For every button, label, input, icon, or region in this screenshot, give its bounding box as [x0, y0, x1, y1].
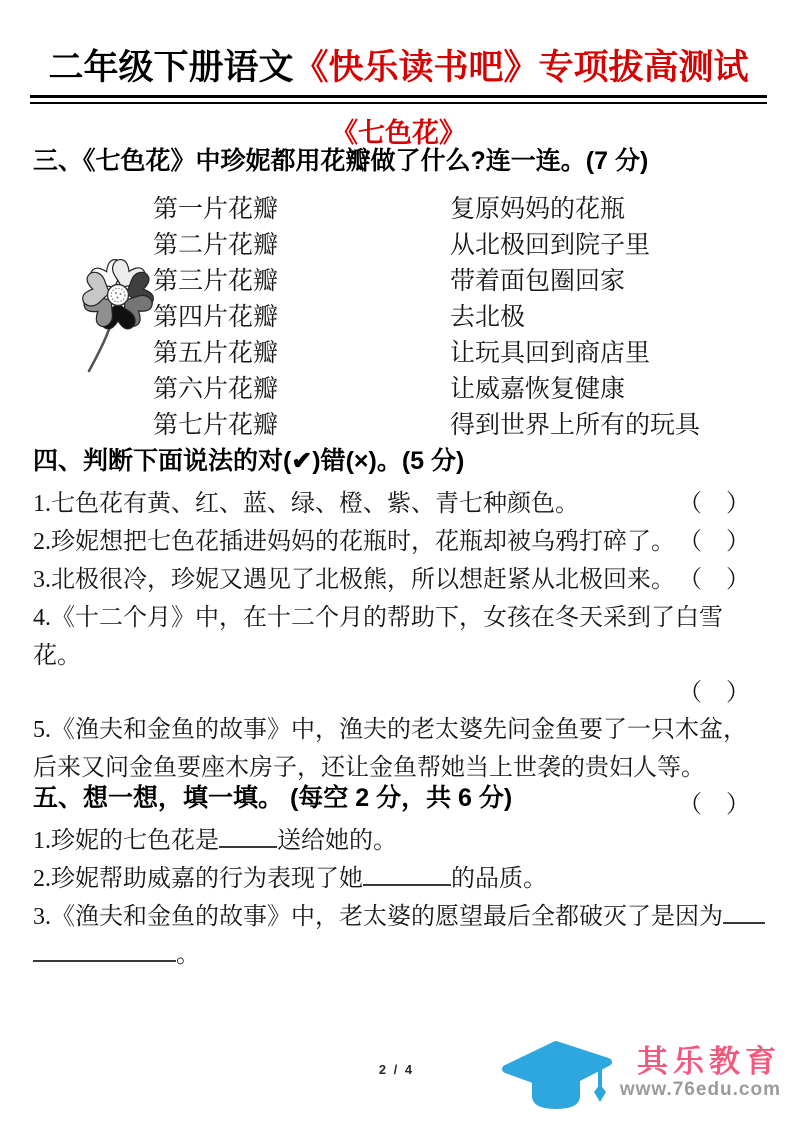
fill-text-pre: 3.《渔夫和金鱼的故事》中，老太婆的愿望最后全都破灭了是因为 — [33, 904, 723, 930]
page-header: 二年级下册语文《快乐读书吧》专项拔高测试 《七色花》 — [30, 40, 767, 150]
fill-text-post: 。 — [176, 942, 200, 968]
action-label: 让玩具回到商店里 — [450, 333, 650, 369]
blank-line — [723, 899, 765, 924]
petal-label: 第一片花瓣 — [153, 189, 450, 225]
section-three-heading: 三、《七色花》中珍妮都用花瓣做了什么?连一连。(7 分) — [33, 143, 765, 179]
brand-logo: 其乐教育 www.76edu.com — [496, 1032, 785, 1114]
petal-label: 第七片花瓣 — [153, 405, 450, 441]
answer-parentheses: （ ） — [678, 561, 750, 599]
fill-text-pre: 2.珍妮帮助威嘉的行为表现了她 — [33, 866, 363, 892]
judge-text: 1.七色花有黄、红、蓝、绿、橙、紫、青七种颜色。 — [33, 485, 579, 523]
judge-item-2: 2.珍妮想把七色花插进妈妈的花瓶时，花瓶却被乌鸦打碎了。 （ ） — [33, 523, 765, 561]
action-label: 得到世界上所有的玩具 — [450, 405, 700, 441]
section-four-judge: 四、判断下面说法的对(✔)错(×)。(5 分) 1.七色花有黄、红、蓝、绿、橙、… — [33, 443, 765, 823]
matching-area: 第一片花瓣 复原妈妈的花瓶 第二片花瓣 从北极回到院子里 第三片花瓣 带着面包圈… — [33, 189, 765, 441]
answer-parentheses: （ ） — [678, 523, 750, 561]
graduation-cap-icon — [496, 1032, 618, 1114]
title-red-part: 《快乐读书吧》专项拔高测试 — [294, 48, 749, 87]
answer-parentheses: （ ） — [678, 680, 750, 706]
fill-items: 1.珍妮的七色花是送给她的。 2.珍妮帮助威嘉的行为表现了她的品质。 3.《渔夫… — [33, 822, 765, 974]
action-label: 去北极 — [450, 297, 525, 333]
section-five-heading: 五、想一想，填一填。 (每空 2 分，共 6 分) — [33, 780, 765, 816]
brand-url: www.76edu.com — [620, 1079, 781, 1101]
fill-item-1: 1.珍妮的七色花是送给她的。 — [33, 822, 765, 860]
brand-text-block: 其乐教育 www.76edu.com — [620, 1045, 785, 1101]
blank-line — [219, 823, 277, 848]
page-title: 二年级下册语文《快乐读书吧》专项拔高测试 — [30, 40, 767, 90]
blank-line — [363, 861, 451, 886]
brand-name: 其乐教育 — [620, 1045, 781, 1079]
action-label: 让威嘉恢复健康 — [450, 369, 625, 405]
petal-label: 第六片花瓣 — [153, 369, 450, 405]
petal-label: 第三片花瓣 — [153, 261, 450, 297]
judge-item-1: 1.七色花有黄、红、蓝、绿、橙、紫、青七种颜色。 （ ） — [33, 485, 765, 523]
judge-text: 5.《渔夫和金鱼的故事》中，渔夫的老太婆先问金鱼要了一只木盆，后来又问金鱼要座木… — [33, 711, 765, 787]
judge-item-4: 4.《十二个月》中，在十二个月的帮助下，女孩在冬天采到了白雪花。 （ ） — [33, 599, 765, 711]
judge-text: 2.珍妮想把七色花插进妈妈的花瓶时，花瓶却被乌鸦打碎了。 — [33, 523, 675, 561]
petal-label: 第四片花瓣 — [153, 297, 450, 333]
judge-text: 4.《十二个月》中，在十二个月的帮助下，女孩在冬天采到了白雪花。 — [33, 599, 765, 675]
fill-item-3-line-2: 。 — [33, 936, 765, 974]
title-black-part: 二年级下册语文 — [48, 48, 293, 87]
action-label: 带着面包圈回家 — [450, 261, 625, 297]
answer-parentheses-line: （ ） — [33, 675, 765, 711]
section-five-fill: 五、想一想，填一填。 (每空 2 分，共 6 分) 1.珍妮的七色花是送给她的。… — [33, 780, 765, 974]
fill-item-3-line-1: 3.《渔夫和金鱼的故事》中，老太婆的愿望最后全都破灭了是因为 — [33, 898, 765, 936]
match-row-1: 第一片花瓣 复原妈妈的花瓶 — [33, 189, 765, 225]
title-double-rule — [30, 95, 767, 104]
judge-item-3: 3.北极很冷，珍妮又遇见了北极熊，所以想赶紧从北极回来。 （ ） — [33, 561, 765, 599]
answer-parentheses: （ ） — [678, 485, 750, 523]
seven-color-flower-illustration — [71, 251, 163, 383]
section-three-matching: 三、《七色花》中珍妮都用花瓣做了什么?连一连。(7 分) — [33, 143, 765, 441]
fill-text-post: 送给她的。 — [277, 828, 397, 854]
match-row-7: 第七片花瓣 得到世界上所有的玩具 — [33, 405, 765, 441]
action-label: 从北极回到院子里 — [450, 225, 650, 261]
judge-items: 1.七色花有黄、红、蓝、绿、橙、紫、青七种颜色。 （ ） 2.珍妮想把七色花插进… — [33, 485, 765, 823]
blank-line — [33, 937, 176, 962]
action-label: 复原妈妈的花瓶 — [450, 189, 625, 225]
fill-text-pre: 1.珍妮的七色花是 — [33, 828, 219, 854]
section-four-heading: 四、判断下面说法的对(✔)错(×)。(5 分) — [33, 443, 765, 479]
worksheet-page: 二年级下册语文《快乐读书吧》专项拔高测试 《七色花》 三、《七色花》中珍妮都用花… — [0, 0, 793, 1122]
petal-label: 第五片花瓣 — [153, 333, 450, 369]
petal-label: 第二片花瓣 — [153, 225, 450, 261]
judge-text: 3.北极很冷，珍妮又遇见了北极熊，所以想赶紧从北极回来。 — [33, 561, 675, 599]
fill-item-2: 2.珍妮帮助威嘉的行为表现了她的品质。 — [33, 860, 765, 898]
fill-text-post: 的品质。 — [451, 866, 547, 892]
